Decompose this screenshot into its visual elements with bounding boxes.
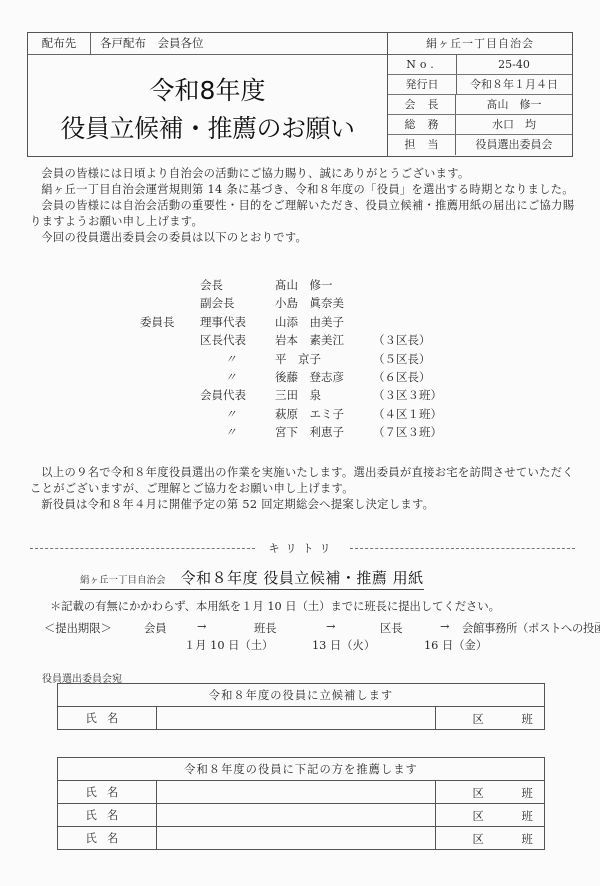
- intro-paragraph-2: 絹ヶ丘一丁目自治会運営規則第 14 条に基づき、令和８年度の「役員」を選出する時…: [30, 182, 575, 198]
- member-note: （７区３班）: [373, 423, 442, 441]
- header-left: 配布先 各戸配布 会員各位 令和8年度 役員立候補・推薦のお願い: [28, 33, 388, 156]
- member-name: 平 京子: [275, 350, 365, 368]
- name-input[interactable]: [156, 804, 436, 827]
- district-group-field[interactable]: 区 班: [436, 781, 545, 804]
- ditto-mark: 〃: [225, 350, 237, 368]
- role: 区長代表: [200, 331, 270, 349]
- outro-paragraph-1: 以上の９名で令和８年度役員選出の作業を実施いたします。選出委員が直接お宅を訪問さ…: [30, 465, 575, 497]
- date-office: 16 日（金）: [424, 637, 487, 653]
- candidacy-table: 令和８年度の役員に立候補します 氏名 区 班: [57, 683, 545, 730]
- candidacy-row: 氏名 区 班: [58, 707, 545, 730]
- name-input[interactable]: [156, 781, 436, 804]
- candidacy-heading: 令和８年度の役員に立候補します: [58, 684, 545, 707]
- info-value: 役員選出委員会: [456, 135, 572, 154]
- chair-label: 委員長: [140, 313, 195, 331]
- arrow-icon: →: [440, 620, 449, 633]
- outro-paragraph-2: 新役員は令和８年４月に開催予定の第 52 回定期総会へ提案し決定します。: [30, 497, 575, 513]
- role: 副会長: [200, 294, 270, 312]
- info-key: 会長: [388, 95, 456, 114]
- distribution-row: 配布先 各戸配布 会員各位: [28, 33, 387, 55]
- distribution-value: 各戸配布 会員各位: [100, 33, 204, 54]
- form-organization: 絹ヶ丘一丁目自治会: [80, 575, 166, 586]
- recommendation-row: 氏名 区 班: [58, 804, 545, 827]
- district-label: 区: [472, 808, 483, 824]
- intro-text: 会員の皆様には日頃より自治会の活動にご協力賜り、誠にありがとうございます。 絹ヶ…: [30, 166, 575, 246]
- intro-paragraph-4: 今回の役員選出委員会の委員は以下のとおりです。: [30, 230, 575, 246]
- member-name: 後藤 登志彦: [275, 368, 365, 386]
- info-value: 25-40: [456, 55, 572, 74]
- title-line-1: 令和8年度: [28, 71, 387, 107]
- district-group-field[interactable]: 区 班: [436, 707, 545, 730]
- info-value: 水口 均: [456, 115, 572, 134]
- member-name: 小島 眞奈美: [275, 294, 365, 312]
- document-title: 令和8年度 役員立候補・推薦のお願い: [28, 55, 387, 155]
- info-key: 担当: [388, 135, 456, 155]
- name-label: 氏名: [58, 804, 157, 827]
- form-title: 絹ヶ丘一丁目自治会 令和８年度 役員立候補・推薦 用紙: [80, 567, 424, 590]
- date-group-leader: １月 10 日（土）: [184, 637, 273, 653]
- district-group-field[interactable]: 区 班: [436, 827, 545, 850]
- distribution-label: 配布先: [28, 33, 91, 54]
- name-label: 氏名: [58, 781, 157, 804]
- member-note: （４区１班）: [373, 405, 442, 423]
- member-note: （３区長）: [373, 331, 431, 349]
- info-row-in-charge: 担当 役員選出委員会: [388, 135, 572, 155]
- flow-step-district-leader: 区長: [380, 620, 403, 636]
- member-name: 宮下 利恵子: [275, 423, 365, 441]
- member-note: （６区長）: [373, 368, 431, 386]
- info-row-number: No. 25-40: [388, 55, 572, 75]
- flow-step-member: 会員: [144, 620, 167, 636]
- district-label: 区: [472, 831, 483, 847]
- flow-step-office: 会館事務所（ポストへの投函可）: [462, 620, 600, 636]
- group-label: 班: [521, 785, 532, 801]
- deadline-label: ＜提出期限＞: [44, 620, 112, 636]
- info-row-issue-date: 発行日 令和８年１月４日: [388, 75, 572, 95]
- member-name: 岩本 素美江: [275, 331, 365, 349]
- info-row-general-affairs: 総務 水口 均: [388, 115, 572, 135]
- info-key: 発行日: [388, 75, 457, 94]
- district-label: 区: [472, 711, 483, 727]
- date-district-leader: 13 日（火）: [312, 637, 375, 653]
- form-title-text: 令和８年度 役員立候補・推薦 用紙: [181, 569, 424, 587]
- arrow-icon: →: [197, 620, 206, 633]
- arrow-icon: →: [326, 620, 335, 633]
- group-label: 班: [521, 831, 532, 847]
- submission-note: ＊記載の有無にかかわらず、本用紙を１月 10 日（土）までに班長に提出してくださ…: [50, 598, 500, 614]
- info-key: No.: [388, 55, 457, 74]
- info-value: 髙山 修一: [456, 95, 572, 114]
- district-label: 区: [472, 785, 483, 801]
- member-name: 髙山 修一: [275, 276, 365, 294]
- name-input[interactable]: [156, 827, 436, 850]
- flow-step-group-leader: 班長: [254, 620, 277, 636]
- cut-line: キリトリ: [30, 540, 575, 556]
- header-info: 絹ヶ丘一丁目自治会 No. 25-40 発行日 令和８年１月４日 会長 髙山 修…: [388, 33, 572, 156]
- organization-name: 絹ヶ丘一丁目自治会: [388, 33, 572, 55]
- role: 理事代表: [200, 313, 270, 331]
- group-label: 班: [521, 808, 532, 824]
- recommendation-heading: 令和８年度の役員に下記の方を推薦します: [58, 758, 545, 781]
- recommendation-row: 氏名 区 班: [58, 781, 545, 804]
- name-label: 氏名: [58, 707, 157, 730]
- info-key: 総務: [388, 115, 456, 134]
- name-input[interactable]: [156, 707, 436, 730]
- district-group-field[interactable]: 区 班: [436, 804, 545, 827]
- intro-paragraph-3: 会員の皆様には自治会活動の重要性・目的をご理解いただき、役員立候補・推薦用紙の届…: [30, 198, 575, 230]
- member-name: 萩原 エミ子: [275, 405, 365, 423]
- member-name: 三田 泉: [275, 386, 365, 404]
- recommendation-table: 令和８年度の役員に下記の方を推薦します 氏名 区 班 氏名 区 班 氏名 区 班: [57, 757, 545, 850]
- group-label: 班: [521, 711, 532, 727]
- header-box: 配布先 各戸配布 会員各位 令和8年度 役員立候補・推薦のお願い 絹ヶ丘一丁目自…: [27, 32, 573, 157]
- ditto-mark: 〃: [225, 405, 237, 423]
- ditto-mark: 〃: [225, 368, 237, 386]
- dashed-line-right: [350, 548, 575, 549]
- recommendation-row: 氏名 区 班: [58, 827, 545, 850]
- member-note: （３区３班）: [373, 386, 442, 404]
- outro-text: 以上の９名で令和８年度役員選出の作業を実施いたします。選出委員が直接お宅を訪問さ…: [30, 465, 575, 513]
- role: 会員代表: [200, 386, 270, 404]
- name-label: 氏名: [58, 827, 157, 850]
- role: 会長: [200, 276, 270, 294]
- info-row-president: 会長 髙山 修一: [388, 95, 572, 115]
- title-line-2: 役員立候補・推薦のお願い: [28, 109, 387, 145]
- info-value: 令和８年１月４日: [456, 75, 572, 94]
- member-note: （５区長）: [373, 350, 431, 368]
- intro-paragraph-1: 会員の皆様には日頃より自治会の活動にご協力賜り、誠にありがとうございます。: [30, 166, 575, 182]
- ditto-mark: 〃: [225, 423, 237, 441]
- member-name: 山添 由美子: [275, 313, 365, 331]
